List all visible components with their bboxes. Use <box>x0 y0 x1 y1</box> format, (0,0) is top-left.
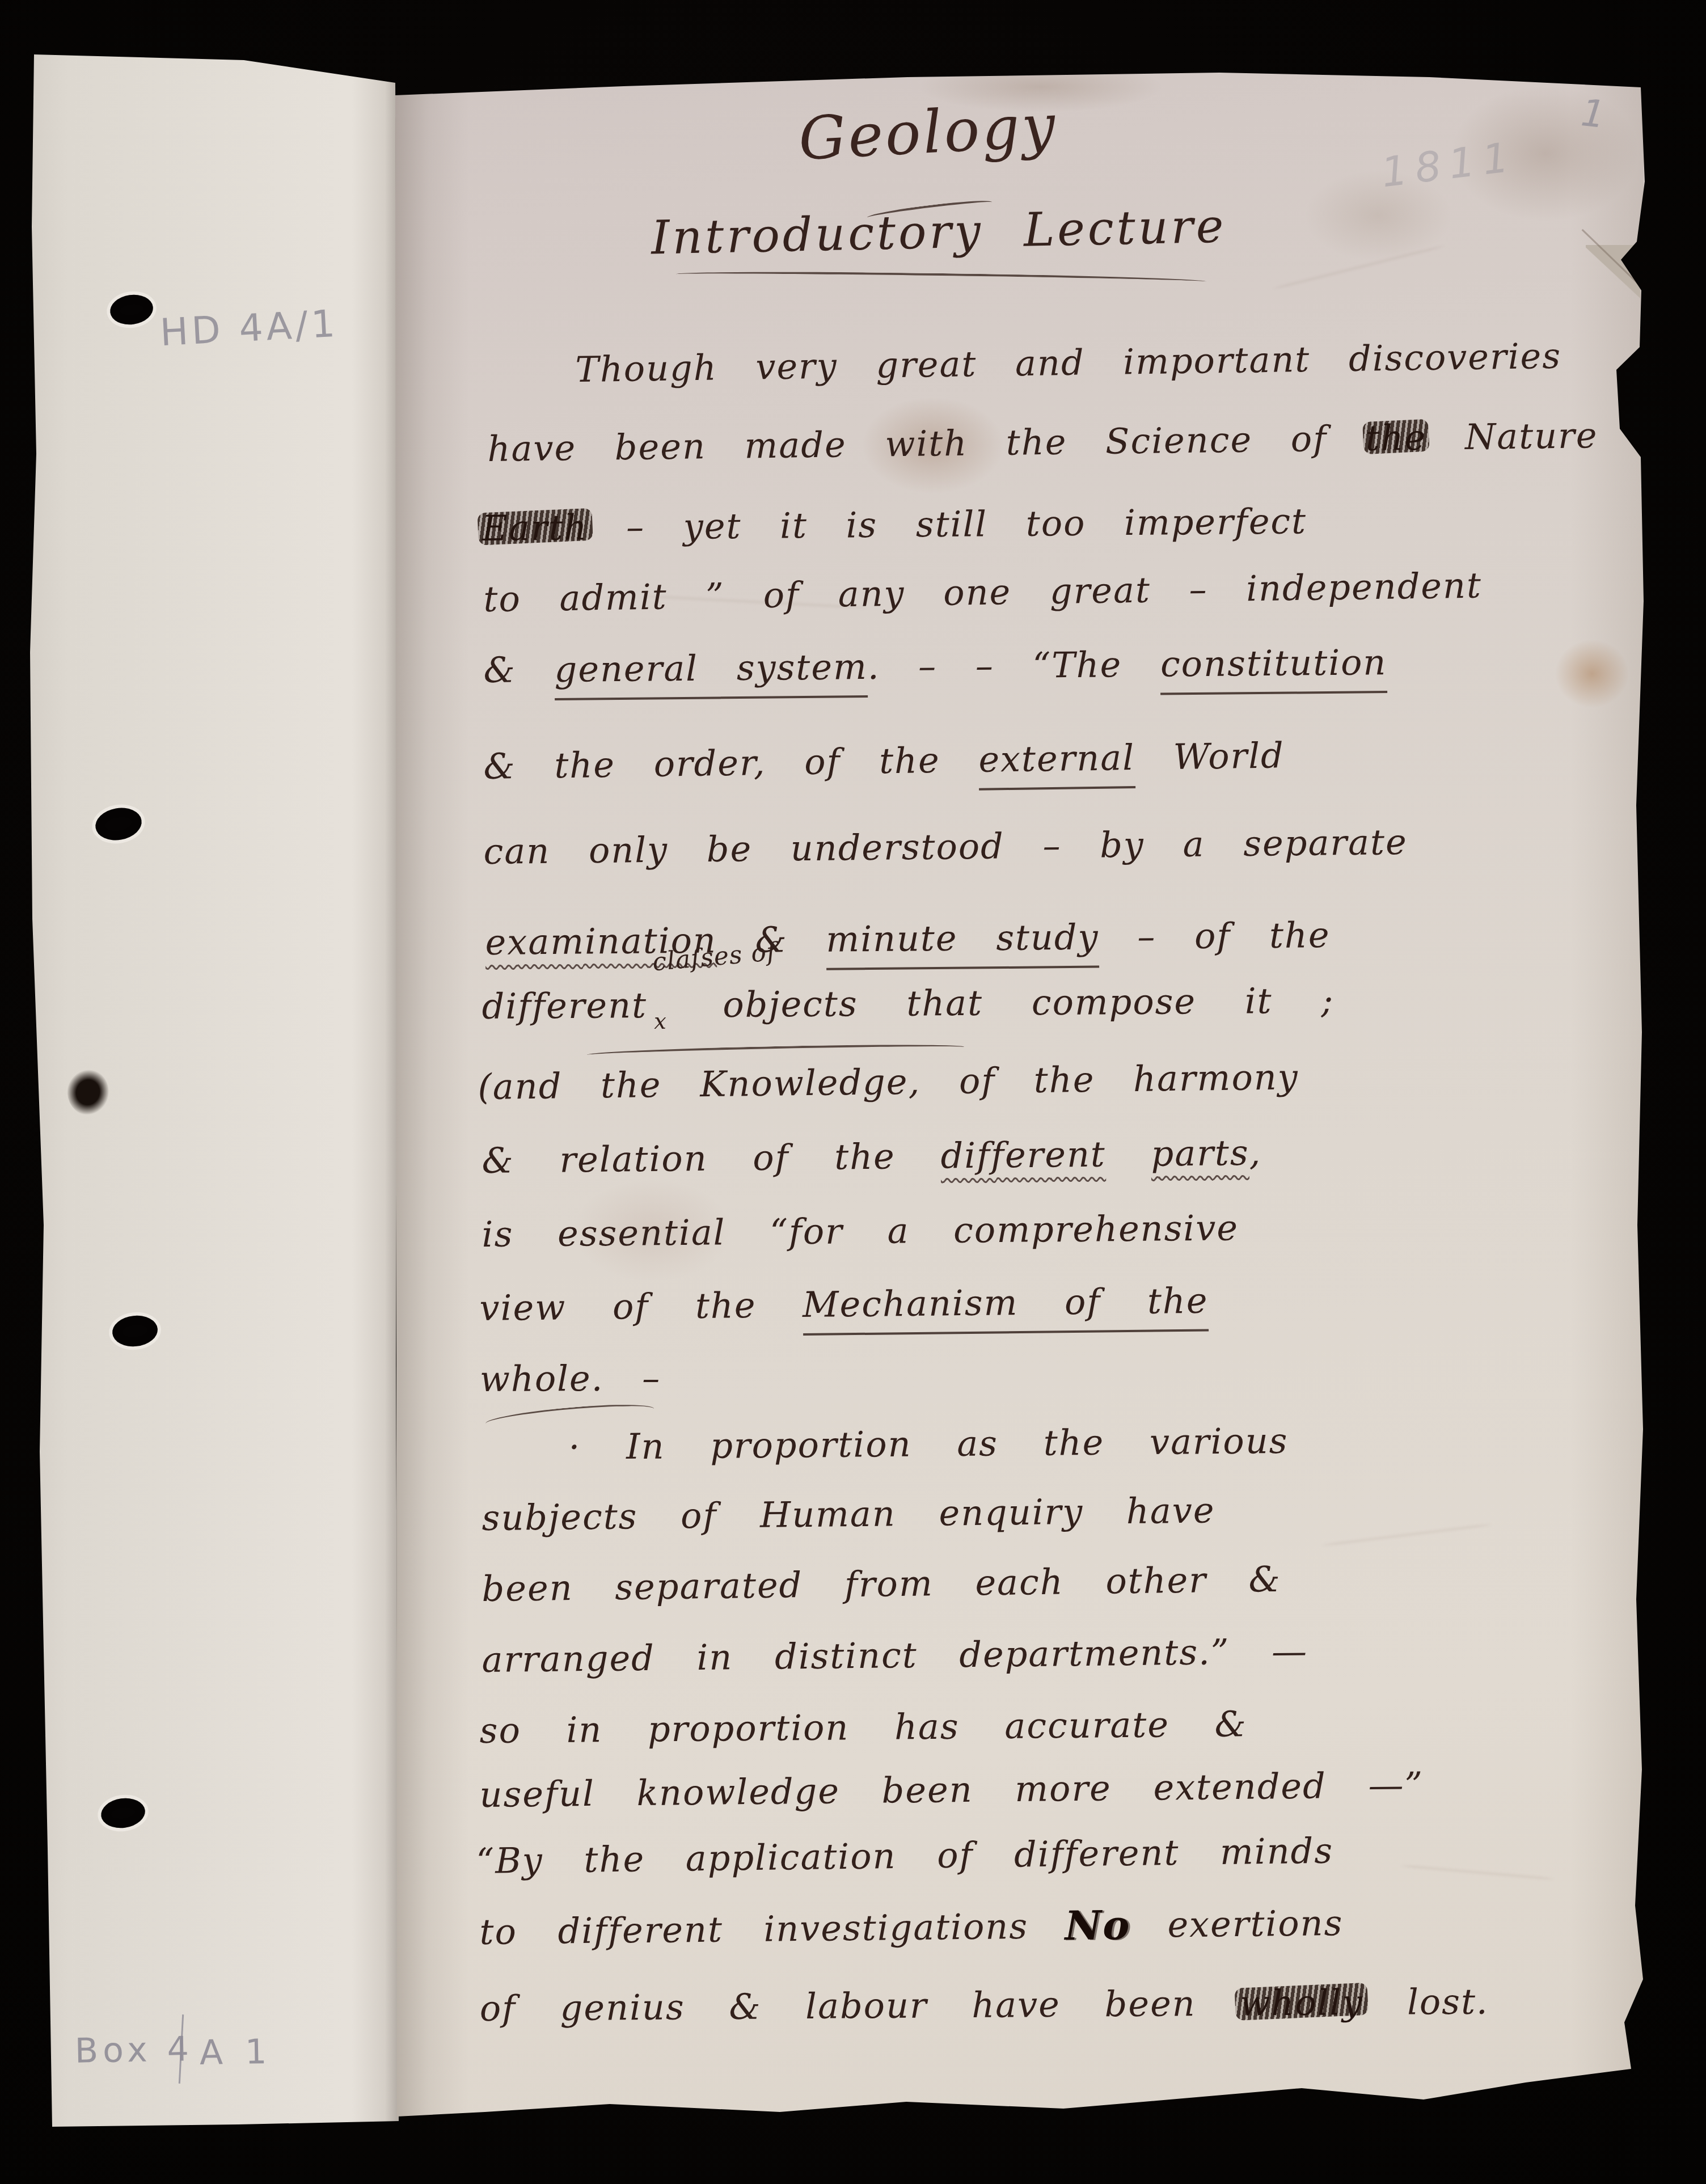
text-segment: Nature <box>1426 415 1598 458</box>
wavy-underlined-word: parts <box>1151 1132 1249 1175</box>
text-segment: different <box>482 985 647 1027</box>
manuscript-line: to different investigations No exertions <box>479 1902 1343 1953</box>
text-segment: lost. <box>1363 1981 1489 2024</box>
text-segment: subjects of Human enquiry have <box>482 1489 1215 1539</box>
guard-fold-shadow <box>352 68 399 2127</box>
text-segment <box>1105 1133 1151 1175</box>
text-segment: to admit ” of any one great – independen… <box>483 564 1482 620</box>
text-segment: arranged in distinct departments.” — <box>482 1630 1308 1680</box>
text-segment: useful knowledge been more extended —” <box>479 1764 1424 1815</box>
gutter-shadow <box>395 79 469 2121</box>
text-segment: to different investigations <box>479 1905 1069 1953</box>
underlined-word: constitution <box>1160 641 1387 695</box>
box-label-pencil: Box 4 <box>74 2029 193 2071</box>
manuscript-line: examination & minute study – of the <box>485 914 1330 963</box>
text-segment: objects that compose it ; <box>674 980 1334 1026</box>
title-introductory-lecture: Introductory Lecture <box>651 199 1227 265</box>
archive-reference-pencil: HD 4A/1 <box>159 302 339 354</box>
manuscript-line: is essential “for a comprehensive <box>482 1207 1239 1255</box>
dog-ear-fold <box>1586 245 1640 304</box>
text-segment: World <box>1134 734 1285 778</box>
text-segment: & the order, of the <box>483 739 979 787</box>
text-segment: & relation of the <box>482 1135 941 1181</box>
crossed-out-word: Earth <box>482 506 588 549</box>
ink-blot <box>61 1064 115 1121</box>
manuscript-line: & the order, of the external World <box>483 734 1285 787</box>
manuscript-line: “By the application of different minds <box>476 1830 1333 1882</box>
punch-hole <box>108 292 155 327</box>
underlined-phrase: minute study <box>826 916 1099 970</box>
manuscript-line: been separated from each other & <box>482 1558 1281 1610</box>
text-segment: “By the application of different minds <box>476 1830 1333 1882</box>
text-segment: view of the <box>479 1284 803 1329</box>
manuscript-line: whole. – <box>480 1357 661 1400</box>
text-segment: exertions <box>1126 1902 1343 1946</box>
wavy-underlined-word: different <box>940 1133 1106 1176</box>
punch-hole <box>99 1796 147 1831</box>
text-segment: been separated from each other & <box>482 1558 1281 1610</box>
text-segment: & <box>483 649 555 691</box>
crossed-out-word: wholly <box>1240 1982 1363 2024</box>
text-segment: is essential “for a comprehensive <box>482 1207 1239 1255</box>
text-segment: have been made with the Science of <box>487 417 1366 470</box>
manuscript-line: useful knowledge been more extended —” <box>479 1764 1424 1815</box>
underlined-phrase: general system <box>554 646 868 700</box>
underlined-phrase: Mechanism of the <box>803 1280 1209 1336</box>
box-item-pencil: A 1 <box>199 2032 272 2073</box>
crossed-out-word: the <box>1365 417 1426 459</box>
manuscript-line: & relation of the different parts, <box>482 1132 1261 1181</box>
manuscript-line: Earth – yet it is still too imperfect <box>482 500 1307 549</box>
text-segment: – of the <box>1099 914 1331 958</box>
manuscript-line: Though very great and important discover… <box>575 335 1561 390</box>
manuscript-line: so in proportion has accurate & <box>479 1703 1247 1751</box>
text-segment: . – – “The <box>867 644 1160 688</box>
text-segment: of genius & labour have been <box>479 1983 1240 2029</box>
subtitle-underline-flourish <box>676 269 1206 286</box>
text-segment: whole. – <box>480 1357 661 1400</box>
manuscript-line: to admit ” of any one great – independen… <box>483 564 1482 620</box>
manuscript-line: view of the Mechanism of the <box>479 1280 1209 1329</box>
text-segment: can only be understood – by a separate <box>483 821 1408 872</box>
text-segment: (and the Knowledge, of the harmony <box>478 1056 1299 1108</box>
show-through-mark <box>1401 1865 1553 1880</box>
manuscript-line: have been made with the Science of the N… <box>487 415 1598 470</box>
manuscript-line: & general system. – – “The constitution <box>483 641 1387 691</box>
text-segment: – yet it is still too imperfect <box>588 500 1307 548</box>
text-segment: · In proportion as the various <box>568 1420 1288 1468</box>
manuscript-line: can only be understood – by a separate <box>483 821 1408 872</box>
manuscript-line: of genius & labour have been wholly lost… <box>479 1981 1488 2029</box>
title-geology: Geology <box>797 91 1059 174</box>
manuscript-line: · In proportion as the various <box>568 1420 1288 1468</box>
page-number-pencil: 1 <box>1579 91 1607 137</box>
fox-stain <box>1555 640 1629 708</box>
manuscript-line: subjects of Human enquiry have <box>482 1489 1215 1539</box>
right-edge-shade <box>1571 85 1644 2081</box>
emphasized-word: No <box>1065 1902 1131 1949</box>
underline-flourish <box>587 1042 964 1059</box>
manuscript-line: arranged in distinct departments.” — <box>482 1630 1308 1680</box>
show-through-mark <box>1322 1524 1491 1547</box>
text-segment: , <box>1249 1132 1261 1173</box>
text-segment: so in proportion has accurate & <box>479 1703 1247 1751</box>
punch-hole <box>93 804 144 843</box>
insertion-caret: x <box>647 1009 674 1034</box>
text-segment: Though very great and important discover… <box>575 335 1561 390</box>
manuscript-line: (and the Knowledge, of the harmony <box>478 1056 1299 1108</box>
punch-hole <box>111 1313 159 1349</box>
underlined-word: external <box>978 737 1135 791</box>
manuscript-photo: HD 4A/1 Box 4 A 1 1811 1 Geology Introdu… <box>0 0 1706 2184</box>
manuscript-line: differentx objects that compose it ; <box>482 980 1334 1036</box>
